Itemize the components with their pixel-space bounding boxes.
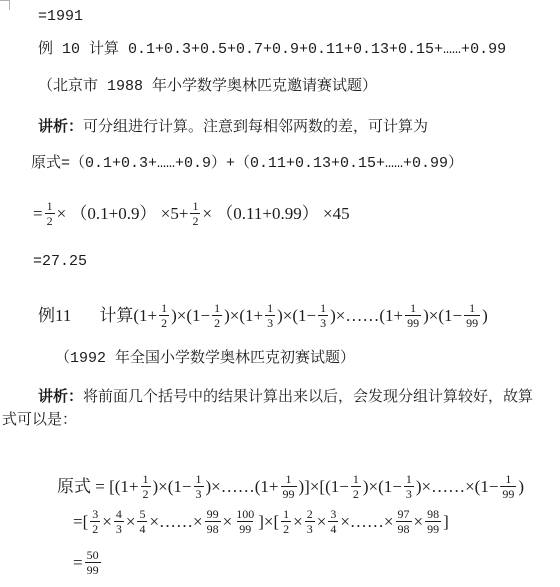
- example-10-analysis: 讲析：可分组进行计算。注意到每相邻两数的差，可计算为: [38, 119, 428, 137]
- fraction-denominator: 99: [237, 521, 253, 535]
- math-text: )×(1+: [224, 307, 263, 324]
- math-text: × （0.1+0.9） ×5+: [57, 205, 189, 222]
- math-text: ): [518, 478, 524, 495]
- fraction-denominator: 98: [396, 521, 412, 535]
- fraction-numerator: 2: [305, 508, 315, 521]
- example-10-result-text: =27.25: [33, 253, 87, 270]
- fraction-denominator: 3: [114, 521, 124, 535]
- formula-ex11-heading: 例11计算(1+12)×(1−12)×(1+13)×(1−13)×……(1+19…: [38, 298, 488, 332]
- math-text: )×……(1+: [330, 307, 403, 324]
- math-text: )×(1−: [153, 478, 192, 495]
- example-10-step1: 原式=（0.1+0.3+……+0.9）+（0.11+0.13+0.15+……+0…: [31, 155, 463, 173]
- fraction: 12: [45, 200, 55, 227]
- fraction-denominator: 3: [404, 486, 414, 500]
- example-10-heading: 例 10 计算 0.1+0.3+0.5+0.7+0.9+0.11+0.13+0.…: [38, 41, 506, 59]
- example-11-analysis-line1: 讲析：将前面几个括号中的结果计算出来以后，会发现分组计算较好，故算: [38, 389, 533, 407]
- math-text: ]×[: [258, 513, 279, 530]
- fraction-denominator: 99: [464, 315, 480, 329]
- fraction: 199: [405, 302, 421, 329]
- fraction: 12: [190, 200, 200, 227]
- math-text: ×: [293, 513, 303, 530]
- math-text: )×……×(1−: [416, 478, 499, 495]
- fraction-numerator: 1: [281, 508, 291, 521]
- spacer: [71, 315, 99, 316]
- fraction-denominator: 3: [318, 315, 328, 329]
- example-11-source-text: （1992 年全国小学数学奥林匹克初赛试题）: [55, 350, 355, 367]
- example-10-step1-text: 原式=（0.1+0.3+……+0.9）+（0.11+0.13+0.15+……+0…: [31, 155, 463, 172]
- top-left-border-artifact-vertical: [9, 0, 10, 10]
- fraction-numerator: 5: [137, 508, 147, 521]
- fraction-denominator: 99: [405, 315, 421, 329]
- fraction-numerator: 1: [467, 302, 477, 315]
- document-page: =1991 例 10 计算 0.1+0.3+0.5+0.7+0.9+0.11+0…: [0, 0, 560, 587]
- fraction-denominator: 2: [45, 213, 55, 227]
- math-text: 计算(1+: [99, 307, 157, 324]
- fraction: 9798: [396, 508, 412, 535]
- example-10-source-text: （北京市 1988 年小学数学奥林匹克邀请赛试题）: [38, 78, 377, 95]
- fraction: 12: [159, 302, 169, 329]
- fraction-denominator: 98: [205, 521, 221, 535]
- analysis-text-continued: 式可以是：: [2, 412, 77, 429]
- math-text: ]: [443, 513, 449, 530]
- fraction-numerator: 1: [212, 302, 222, 315]
- fraction-denominator: 99: [500, 486, 516, 500]
- fraction: 34: [328, 508, 338, 535]
- fraction: 12: [281, 508, 291, 535]
- fraction-denominator: 2: [159, 315, 169, 329]
- fraction-denominator: 99: [85, 562, 101, 576]
- math-text: ×: [126, 513, 136, 530]
- fraction: 23: [305, 508, 315, 535]
- fraction-numerator: 1: [503, 473, 513, 486]
- fraction-denominator: 2: [141, 486, 151, 500]
- formula-ex11-step1: 原式 = [(1+12)×(1−13)×……(1+199)]×[(1−12)×(…: [57, 469, 524, 503]
- fraction-denominator: 99: [425, 521, 441, 535]
- fraction-numerator: 98: [425, 508, 441, 521]
- fraction-numerator: 99: [205, 508, 221, 521]
- fraction: 9998: [205, 508, 221, 535]
- fraction-numerator: 1: [190, 200, 200, 213]
- fraction-numerator: 1: [265, 302, 275, 315]
- fraction-denominator: 2: [212, 315, 222, 329]
- math-text: =: [33, 205, 43, 222]
- fraction: 54: [137, 508, 147, 535]
- fraction: 13: [404, 473, 414, 500]
- fraction-numerator: 97: [396, 508, 412, 521]
- fraction-numerator: 1: [404, 473, 414, 486]
- math-text: ×……×: [149, 513, 202, 530]
- math-text: =[: [73, 513, 88, 530]
- math-text: ×: [102, 513, 112, 530]
- analysis-label: 讲析：: [38, 119, 83, 136]
- example-10-heading-text: 例 10 计算 0.1+0.3+0.5+0.7+0.9+0.11+0.13+0.…: [38, 41, 506, 58]
- fraction-numerator: 1: [159, 302, 169, 315]
- fraction-denominator: 4: [137, 521, 147, 535]
- fraction-numerator: 100: [234, 508, 256, 521]
- example-11-analysis-line2: 式可以是：: [2, 412, 77, 430]
- math-text: )×(1−: [171, 307, 210, 324]
- result-1991-line: =1991: [38, 8, 83, 26]
- fraction: 13: [265, 302, 275, 329]
- formula-ex10-step2: =12× （0.1+0.9） ×5+12× （0.11+0.99） ×45: [33, 196, 350, 230]
- fraction-denominator: 3: [194, 486, 204, 500]
- fraction-numerator: 1: [318, 302, 328, 315]
- formula-ex11-step3: =5099: [73, 545, 103, 579]
- analysis-text: 将前面几个括号中的结果计算出来以后，会发现分组计算较好，故算: [83, 389, 533, 406]
- math-text: 例11: [38, 307, 71, 324]
- math-text: ×: [317, 513, 327, 530]
- fraction-numerator: 1: [408, 302, 418, 315]
- fraction: 13: [318, 302, 328, 329]
- fraction: 199: [500, 473, 516, 500]
- math-text: × （0.11+0.99） ×45: [202, 205, 349, 222]
- analysis-label: 讲析：: [38, 389, 83, 406]
- math-text: )×(1−: [363, 478, 402, 495]
- analysis-text: 可分组进行计算。注意到每相邻两数的差，可计算为: [83, 119, 428, 136]
- fraction: 12: [212, 302, 222, 329]
- fraction-numerator: 1: [194, 473, 204, 486]
- fraction: 199: [281, 473, 297, 500]
- math-text: )×……(1+: [206, 478, 279, 495]
- fraction: 12: [351, 473, 361, 500]
- fraction: 199: [464, 302, 480, 329]
- math-text: ×: [223, 513, 233, 530]
- math-text: ): [482, 307, 488, 324]
- math-text: )]×[(1−: [299, 478, 349, 495]
- fraction: 43: [114, 508, 124, 535]
- fraction-numerator: 3: [90, 508, 100, 521]
- math-text: =: [73, 554, 83, 571]
- fraction-denominator: 2: [90, 521, 100, 535]
- fraction-numerator: 4: [114, 508, 124, 521]
- math-text: 原式 = [(1+: [57, 478, 139, 495]
- fraction-denominator: 99: [281, 486, 297, 500]
- fraction-numerator: 1: [141, 473, 151, 486]
- example-11-source: （1992 年全国小学数学奥林匹克初赛试题）: [55, 350, 355, 368]
- fraction-denominator: 3: [305, 521, 315, 535]
- math-text: )×(1−: [423, 307, 462, 324]
- fraction-denominator: 2: [281, 521, 291, 535]
- fraction: 12: [141, 473, 151, 500]
- fraction-denominator: 3: [265, 315, 275, 329]
- fraction-numerator: 1: [45, 200, 55, 213]
- fraction-denominator: 4: [328, 521, 338, 535]
- fraction-numerator: 3: [328, 508, 338, 521]
- math-text: ×: [414, 513, 424, 530]
- fraction: 32: [90, 508, 100, 535]
- example-10-result: =27.25: [33, 253, 87, 271]
- result-1991-text: =1991: [38, 8, 83, 25]
- fraction-numerator: 50: [85, 549, 101, 562]
- fraction-denominator: 2: [351, 486, 361, 500]
- fraction: 9899: [425, 508, 441, 535]
- fraction: 10099: [234, 508, 256, 535]
- example-10-source: （北京市 1988 年小学数学奥林匹克邀请赛试题）: [38, 78, 377, 96]
- fraction-numerator: 1: [351, 473, 361, 486]
- fraction: 13: [194, 473, 204, 500]
- math-text: )×(1−: [277, 307, 316, 324]
- fraction-denominator: 2: [190, 213, 200, 227]
- fraction-numerator: 1: [284, 473, 294, 486]
- fraction: 5099: [85, 549, 101, 576]
- math-text: ×……×: [340, 513, 393, 530]
- formula-ex11-step2: =[32×43×54×……×9998×10099]×[12×23×34×……×9…: [73, 504, 449, 538]
